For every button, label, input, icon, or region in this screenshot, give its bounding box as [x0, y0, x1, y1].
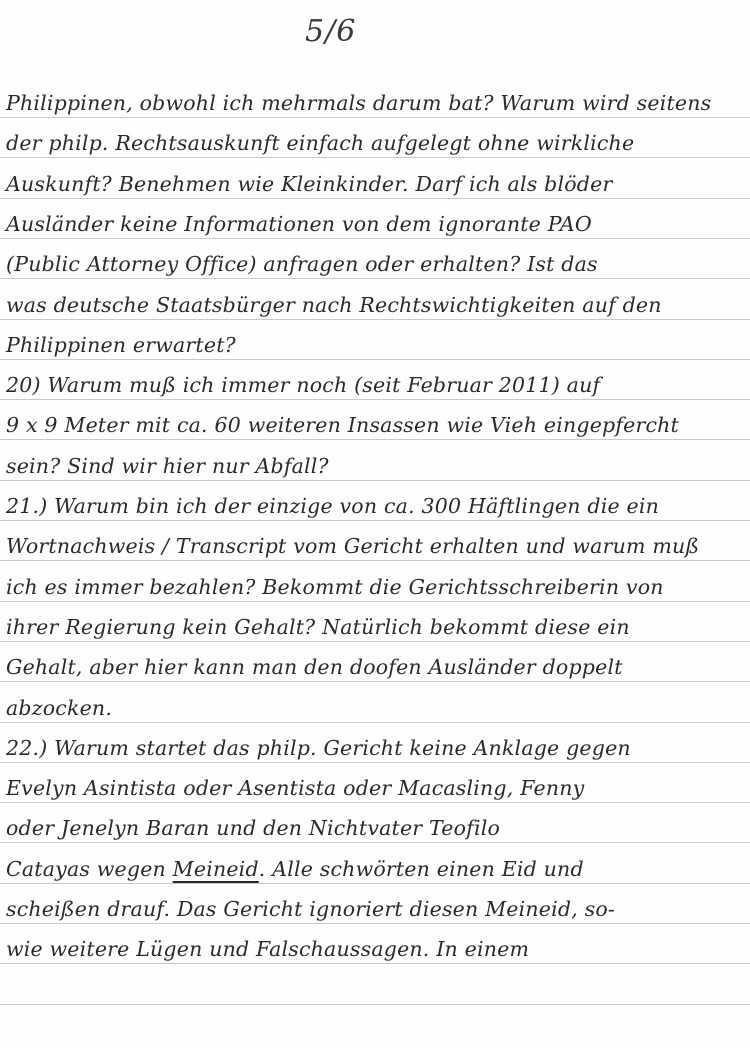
ruled-line: [0, 319, 750, 320]
handwritten-line: Catayas wegen Meineid. Alle schwörten ei…: [6, 856, 746, 882]
ruled-line: [0, 802, 750, 803]
handwritten-line: Ausländer keine Informationen von dem ig…: [6, 211, 746, 237]
ruled-line: [0, 238, 750, 239]
handwritten-line: (Public Attorney Office) anfragen oder e…: [6, 251, 746, 277]
handwritten-line: ihrer Regierung kein Gehalt? Natürlich b…: [6, 614, 746, 640]
ruled-line: [0, 359, 750, 360]
handwritten-line: Auskunft? Benehmen wie Kleinkinder. Darf…: [6, 171, 746, 197]
ruled-line: [0, 560, 750, 561]
handwritten-line: 21.) Warum bin ich der einzige von ca. 3…: [6, 493, 746, 519]
ruled-line: [0, 520, 750, 521]
ruled-line: [0, 641, 750, 642]
ruled-line: [0, 1004, 750, 1005]
ruled-line: [0, 439, 750, 440]
handwritten-line: Philippinen erwartet?: [6, 332, 746, 358]
handwritten-letter-page: 5/6 Philippinen, obwohl ich mehrmals dar…: [0, 0, 750, 1048]
ruled-line: [0, 601, 750, 602]
ruled-line: [0, 923, 750, 924]
ruled-line: [0, 762, 750, 763]
ruled-line: [0, 117, 750, 118]
ruled-line: [0, 157, 750, 158]
handwritten-line: Gehalt, aber hier kann man den doofen Au…: [6, 654, 746, 680]
handwritten-line: oder Jenelyn Baran und den Nichtvater Te…: [6, 815, 746, 841]
ruled-line: [0, 278, 750, 279]
handwritten-line: was deutsche Staatsbürger nach Rechtswic…: [6, 292, 746, 318]
ruled-line: [0, 883, 750, 884]
underlined-word: Meineid: [173, 857, 259, 881]
ruled-line: [0, 399, 750, 400]
handwritten-line: sein? Sind wir hier nur Abfall?: [6, 453, 746, 479]
handwritten-line: der philp. Rechtsauskunft einfach aufgel…: [6, 130, 746, 156]
handwritten-line: abzocken.: [6, 695, 746, 721]
handwritten-line: 20) Warum muß ich immer noch (seit Febru…: [6, 372, 746, 398]
ruled-line: [0, 681, 750, 682]
handwritten-line: 9 x 9 Meter mit ca. 60 weiteren Insassen…: [6, 412, 746, 438]
ruled-line: [0, 198, 750, 199]
handwritten-line: Wortnachweis / Transcript vom Gericht er…: [6, 533, 746, 559]
handwritten-line: Philippinen, obwohl ich mehrmals darum b…: [6, 90, 746, 116]
ruled-line: [0, 963, 750, 964]
handwritten-line: ich es immer bezahlen? Bekommt die Geric…: [6, 574, 746, 600]
handwritten-line: scheißen drauf. Das Gericht ignoriert di…: [6, 896, 746, 922]
ruled-line: [0, 480, 750, 481]
page-number: 5/6: [305, 14, 356, 49]
ruled-line: [0, 722, 750, 723]
handwritten-line: wie weitere Lügen und Falschaussagen. In…: [6, 936, 746, 962]
handwritten-line: 22.) Warum startet das philp. Gericht ke…: [6, 735, 746, 761]
handwritten-line: Evelyn Asintista oder Asentista oder Mac…: [6, 775, 746, 801]
ruled-line: [0, 842, 750, 843]
